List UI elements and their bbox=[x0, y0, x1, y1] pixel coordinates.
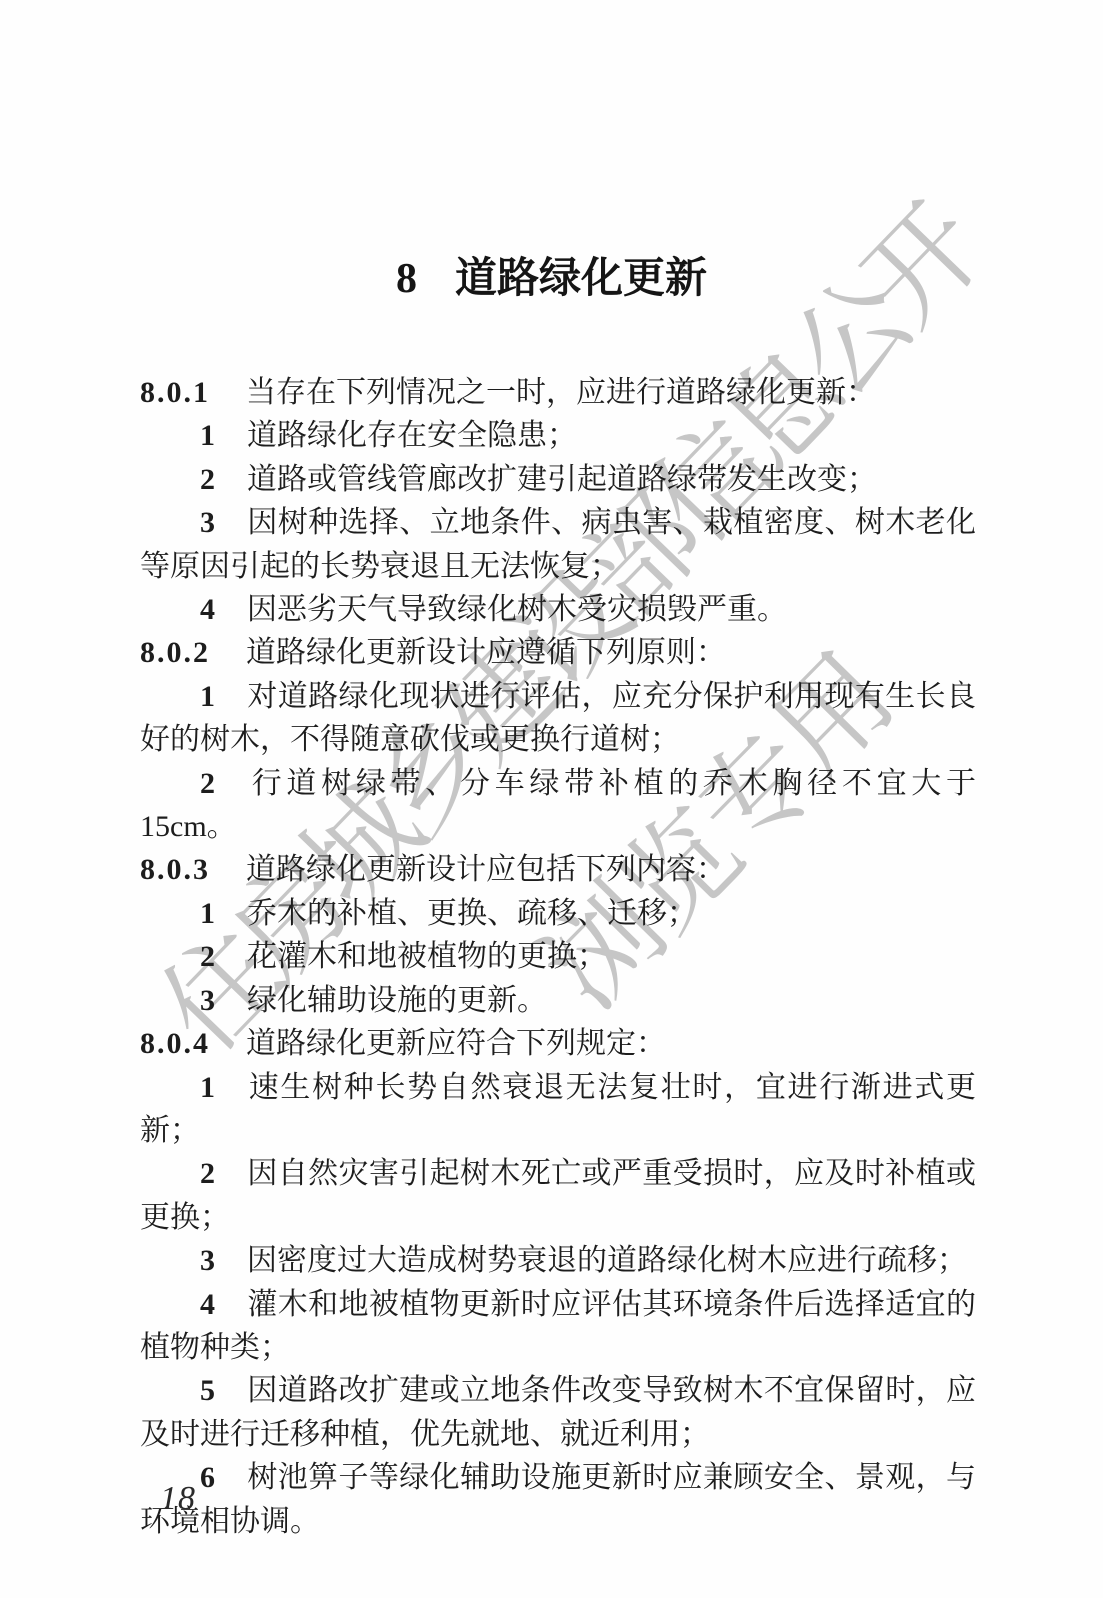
item-text: 花灌木和地被植物的更换； bbox=[247, 940, 607, 973]
item-number: 2 bbox=[200, 1157, 215, 1190]
item-number: 1 bbox=[200, 419, 215, 452]
item-text: 行道树绿带、分车绿带补植的乔木胸径不宜大于 15cm。 bbox=[140, 767, 976, 843]
clause-text: 道路绿化更新应符合下列规定： bbox=[246, 1027, 666, 1060]
item-number: 6 bbox=[200, 1461, 215, 1494]
item-number: 3 bbox=[200, 984, 215, 1017]
clause-row: 8.0.3道路绿化更新设计应包括下列内容： bbox=[140, 848, 976, 891]
item-text: 因自然灾害引起树木死亡或严重受损时，应及时补植或更换； bbox=[140, 1157, 976, 1233]
item-text: 树池箅子等绿化辅助设施更新时应兼顾安全、景观，与环境相协调。 bbox=[140, 1461, 976, 1537]
document-page: 住房城乡建设部信息公开 浏览专用 8 道路绿化更新 8.0.1当存在下列情况之一… bbox=[0, 0, 1103, 1598]
item-text: 因恶劣天气导致绿化树木受灾损毁严重。 bbox=[247, 593, 787, 626]
item-text: 绿化辅助设施的更新。 bbox=[247, 984, 547, 1017]
clause-label: 8.0.4 bbox=[140, 1027, 210, 1060]
item-number: 2 bbox=[200, 463, 215, 496]
item-text: 对道路绿化现状进行评估，应充分保护利用现有生长良好的树木，不得随意砍伐或更换行道… bbox=[140, 680, 976, 756]
item-row: 4灌木和地被植物更新时应评估其环境条件后选择适宜的植物种类； bbox=[140, 1283, 976, 1370]
clause-row: 8.0.2道路绿化更新设计应遵循下列原则： bbox=[140, 631, 976, 674]
item-number: 1 bbox=[200, 1071, 215, 1104]
clause-row: 8.0.4道路绿化更新应符合下列规定： bbox=[140, 1022, 976, 1065]
item-text: 因密度过大造成树势衰退的道路绿化树木应进行疏移； bbox=[247, 1244, 967, 1277]
item-number: 2 bbox=[200, 940, 215, 973]
clause-label: 8.0.2 bbox=[140, 636, 210, 669]
item-number: 1 bbox=[200, 680, 215, 713]
item-row: 2花灌木和地被植物的更换； bbox=[140, 935, 976, 978]
item-row: 2行道树绿带、分车绿带补植的乔木胸径不宜大于 15cm。 bbox=[140, 762, 976, 849]
item-number: 3 bbox=[200, 506, 215, 539]
item-row: 1道路绿化存在安全隐患； bbox=[140, 414, 976, 457]
item-text: 因树种选择、立地条件、病虫害、栽植密度、树木老化等原因引起的长势衰退且无法恢复； bbox=[140, 506, 976, 582]
item-row: 1速生树种长势自然衰退无法复壮时，宜进行渐进式更新； bbox=[140, 1066, 976, 1153]
chapter-heading: 8 道路绿化更新 bbox=[0, 256, 1103, 302]
item-text: 因道路改扩建或立地条件改变导致树木不宜保留时，应及时进行迁移种植，优先就地、就近… bbox=[140, 1374, 976, 1450]
item-text: 道路绿化存在安全隐患； bbox=[247, 419, 577, 452]
item-number: 4 bbox=[200, 1288, 215, 1321]
item-row: 1乔木的补植、更换、疏移、迁移； bbox=[140, 892, 976, 935]
item-row: 4因恶劣天气导致绿化树木受灾损毁严重。 bbox=[140, 588, 976, 631]
item-row: 5因道路改扩建或立地条件改变导致树木不宜保留时，应及时进行迁移种植，优先就地、就… bbox=[140, 1369, 976, 1456]
item-number: 1 bbox=[200, 897, 215, 930]
item-row: 6树池箅子等绿化辅助设施更新时应兼顾安全、景观，与环境相协调。 bbox=[140, 1456, 976, 1543]
clause-text: 道路绿化更新设计应遵循下列原则： bbox=[246, 636, 726, 669]
item-row: 3因树种选择、立地条件、病虫害、栽植密度、树木老化等原因引起的长势衰退且无法恢复… bbox=[140, 501, 976, 588]
clause-text: 道路绿化更新设计应包括下列内容： bbox=[246, 853, 726, 886]
item-text: 道路或管线管廊改扩建引起道路绿带发生改变； bbox=[247, 463, 877, 496]
page-number: 18 bbox=[160, 1480, 196, 1518]
chapter-number: 8 bbox=[396, 256, 417, 302]
item-row: 3绿化辅助设施的更新。 bbox=[140, 979, 976, 1022]
item-row: 2因自然灾害引起树木死亡或严重受损时，应及时补植或更换； bbox=[140, 1152, 976, 1239]
item-text: 乔木的补植、更换、疏移、迁移； bbox=[247, 897, 697, 930]
item-row: 1对道路绿化现状进行评估，应充分保护利用现有生长良好的树木，不得随意砍伐或更换行… bbox=[140, 675, 976, 762]
item-number: 3 bbox=[200, 1244, 215, 1277]
item-row: 3因密度过大造成树势衰退的道路绿化树木应进行疏移； bbox=[140, 1239, 976, 1282]
item-number: 2 bbox=[200, 767, 215, 800]
item-number: 4 bbox=[200, 593, 215, 626]
clause-row: 8.0.1当存在下列情况之一时，应进行道路绿化更新： bbox=[140, 371, 976, 414]
clause-label: 8.0.1 bbox=[140, 376, 210, 409]
clause-label: 8.0.3 bbox=[140, 853, 210, 886]
item-text: 速生树种长势自然衰退无法复壮时，宜进行渐进式更新； bbox=[140, 1071, 976, 1147]
item-row: 2道路或管线管廊改扩建引起道路绿带发生改变； bbox=[140, 458, 976, 501]
clause-text: 当存在下列情况之一时，应进行道路绿化更新： bbox=[246, 376, 876, 409]
chapter-title-text: 道路绿化更新 bbox=[455, 256, 707, 302]
clauses: 8.0.1当存在下列情况之一时，应进行道路绿化更新： 1道路绿化存在安全隐患； … bbox=[140, 371, 976, 1543]
item-text: 灌木和地被植物更新时应评估其环境条件后选择适宜的植物种类； bbox=[140, 1288, 976, 1364]
item-number: 5 bbox=[200, 1374, 215, 1407]
